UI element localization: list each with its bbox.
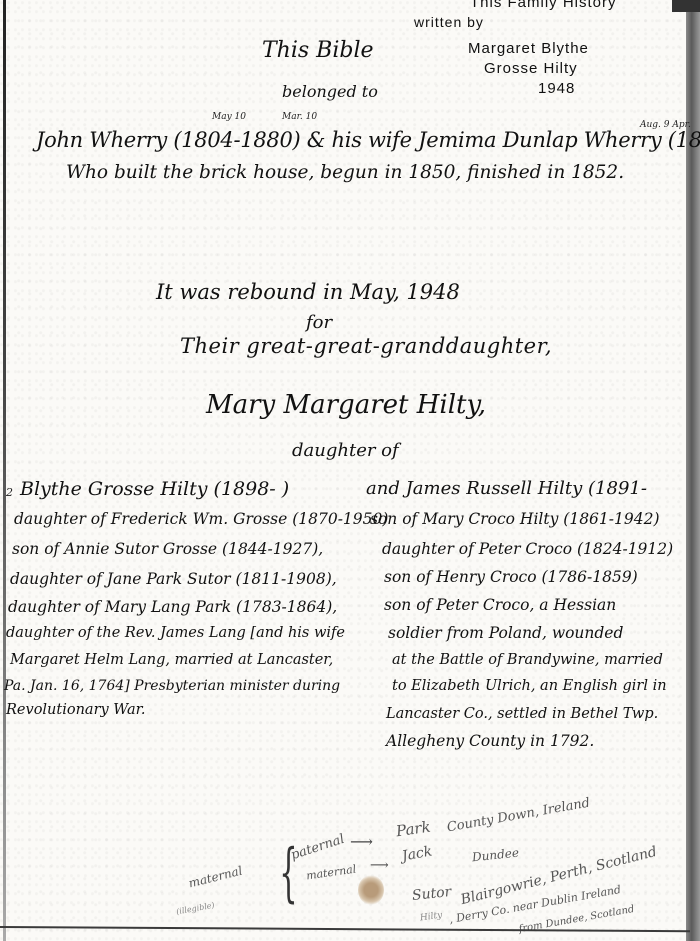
paternal-line-6: soldier from Poland, wounded	[388, 624, 623, 642]
paternal-line-10: Allegheny County in 1792.	[386, 732, 594, 750]
footnote-dundee: Dundee	[471, 846, 519, 865]
page-corner-shadow	[672, 0, 700, 12]
maternal-line-6: daughter of the Rev. James Lang [and his…	[6, 625, 345, 641]
footnote-arrow-2: ⟶	[370, 858, 389, 873]
maternal-line-3: son of Annie Sutor Grosse (1844-1927),	[12, 540, 323, 558]
paternal-line-9: Lancaster Co., settled in Bethel Twp.	[386, 706, 658, 722]
header-note-line3: Margaret Blythe	[468, 40, 589, 57]
page-bottom-edge	[0, 926, 690, 932]
title-owner-line: John Wherry (1804-1880) & his wife Jemim…	[36, 128, 700, 152]
title-belonged: belonged to	[282, 82, 378, 101]
paternal-line-5: son of Peter Croco, a Hessian	[384, 596, 616, 614]
footnote-arrow-1: ⟶	[350, 832, 373, 851]
footnote-paternal: paternal	[289, 832, 346, 863]
header-note-line2: written by	[414, 14, 484, 30]
page-left-edge	[3, 0, 6, 941]
paternal-line-3: daughter of Peter Croco (1824-1912)	[382, 540, 673, 558]
rebound-line3: Their great-great-granddaughter,	[180, 334, 552, 358]
footnote-maternal-2: maternal	[305, 863, 357, 883]
rebound-name: Mary Margaret Hilty,	[206, 390, 486, 420]
footnote-sutor: Sutor	[411, 884, 452, 904]
annotation-john-birth: May 10	[212, 112, 246, 122]
header-note-line4: Grosse Hilty	[484, 60, 578, 77]
paternal-line-1: and James Russell Hilty (1891-	[366, 478, 647, 499]
paternal-line-8: to Elizabeth Ulrich, an English girl in	[392, 678, 667, 694]
footnote-jack: Jack	[401, 843, 434, 864]
maternal-line-9: Revolutionary War.	[6, 702, 146, 718]
paper-stain	[358, 875, 384, 905]
footnote-hilty: Hilty	[419, 910, 442, 923]
generation-marker-2: 2	[6, 486, 13, 499]
maternal-line-4: daughter of Jane Park Sutor (1811-1908),	[10, 570, 337, 588]
rebound-line1: It was rebound in May, 1948	[156, 280, 460, 304]
maternal-line-2: daughter of Frederick Wm. Grosse (1870-1…	[14, 510, 388, 528]
document-page: This Family History written by Margaret …	[0, 0, 700, 941]
title-heading: This Bible	[262, 38, 374, 63]
maternal-line-1: Blythe Grosse Hilty (1898- )	[20, 478, 289, 500]
rebound-daughter-of: daughter of	[292, 440, 399, 461]
footnote-park: Park	[395, 818, 432, 841]
maternal-line-5: daughter of Mary Lang Park (1783-1864),	[8, 598, 337, 616]
footnote-maternal-sub: (illegible)	[176, 901, 216, 917]
annotation-john-death: Mar. 10	[282, 112, 317, 122]
paternal-line-4: son of Henry Croco (1786-1859)	[384, 568, 638, 586]
rebound-for: for	[306, 312, 332, 333]
maternal-line-7: Margaret Helm Lang, married at Lancaster…	[10, 652, 333, 668]
maternal-line-8: Pa. Jan. 16, 1764] Presbyterian minister…	[4, 678, 340, 694]
paternal-line-7: at the Battle of Brandywine, married	[392, 652, 663, 668]
paternal-line-2: son of Mary Croco Hilty (1861-1942)	[370, 510, 660, 528]
footnote-county-down: County Down, Ireland	[446, 796, 591, 836]
header-note-year: 1948	[538, 80, 575, 97]
title-house-line: Who built the brick house, begun in 1850…	[66, 162, 624, 183]
header-note-line1: This Family History	[470, 0, 617, 11]
footnote-maternal: maternal	[187, 864, 244, 891]
